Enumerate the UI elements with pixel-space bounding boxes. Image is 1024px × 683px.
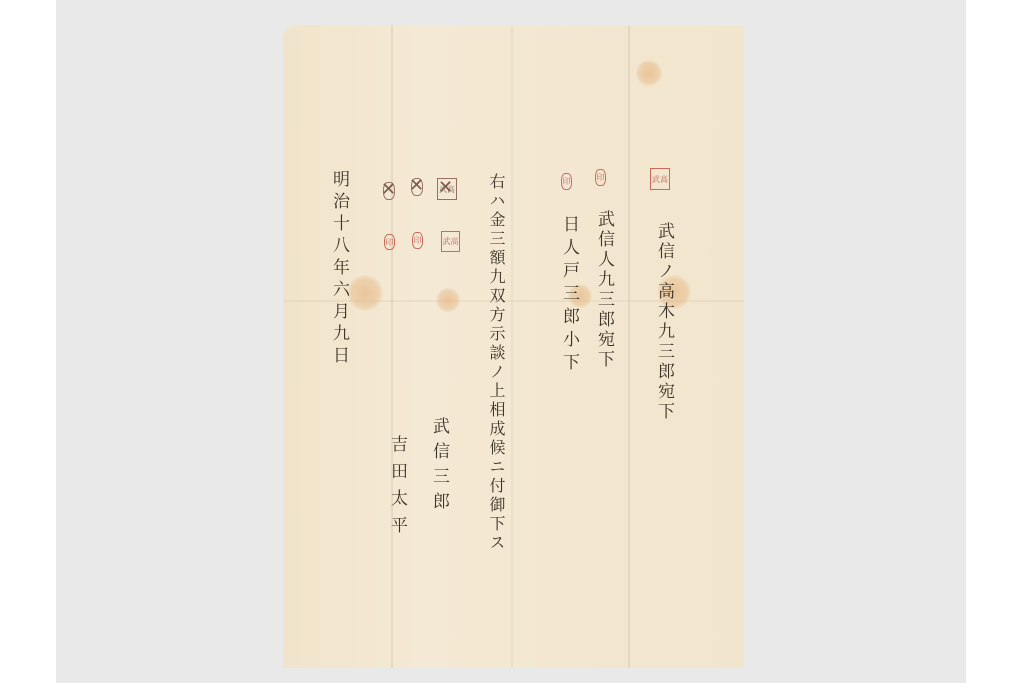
text-column-5: 武信三郎	[430, 417, 447, 517]
text-column-6: 吉田太平	[388, 435, 405, 543]
seal-lower-square: 武高	[441, 231, 460, 252]
date-column: 明治十八年六月九日	[330, 170, 347, 368]
seal-mid-2: 印	[595, 169, 606, 186]
cross-mark-icon: ✕	[381, 181, 396, 199]
stain-spot	[347, 275, 383, 311]
cross-mark-icon: ✕	[409, 177, 424, 195]
text-column-2: 武信人九三郎宛下	[595, 210, 612, 370]
stain-spot	[436, 288, 460, 312]
vertical-fold-line	[511, 25, 513, 668]
text-column-1: 武信ノ高木九三郎宛下	[655, 222, 672, 422]
manuscript-paper: 武高 印 印 武高 ✕ ✕ ✕ 武高 印 印 武信ノ高木九三郎宛下 武信人九三郎…	[283, 25, 744, 668]
stain-spot	[636, 60, 662, 86]
seal-top-right: 武高	[650, 168, 670, 190]
seal-lower-1: 印	[384, 234, 395, 250]
seal-lower-2: 印	[412, 232, 423, 249]
vertical-fold-line	[628, 25, 630, 668]
vertical-fold-line	[391, 25, 393, 668]
text-column-3: 日人戸三郎小下	[560, 215, 577, 376]
cross-mark-icon: ✕	[438, 179, 453, 197]
text-column-4: 右ハ金三額九双方示談ノ上相成候ニ付御下ス	[488, 173, 504, 553]
seal-mid-1: 印	[561, 173, 572, 190]
